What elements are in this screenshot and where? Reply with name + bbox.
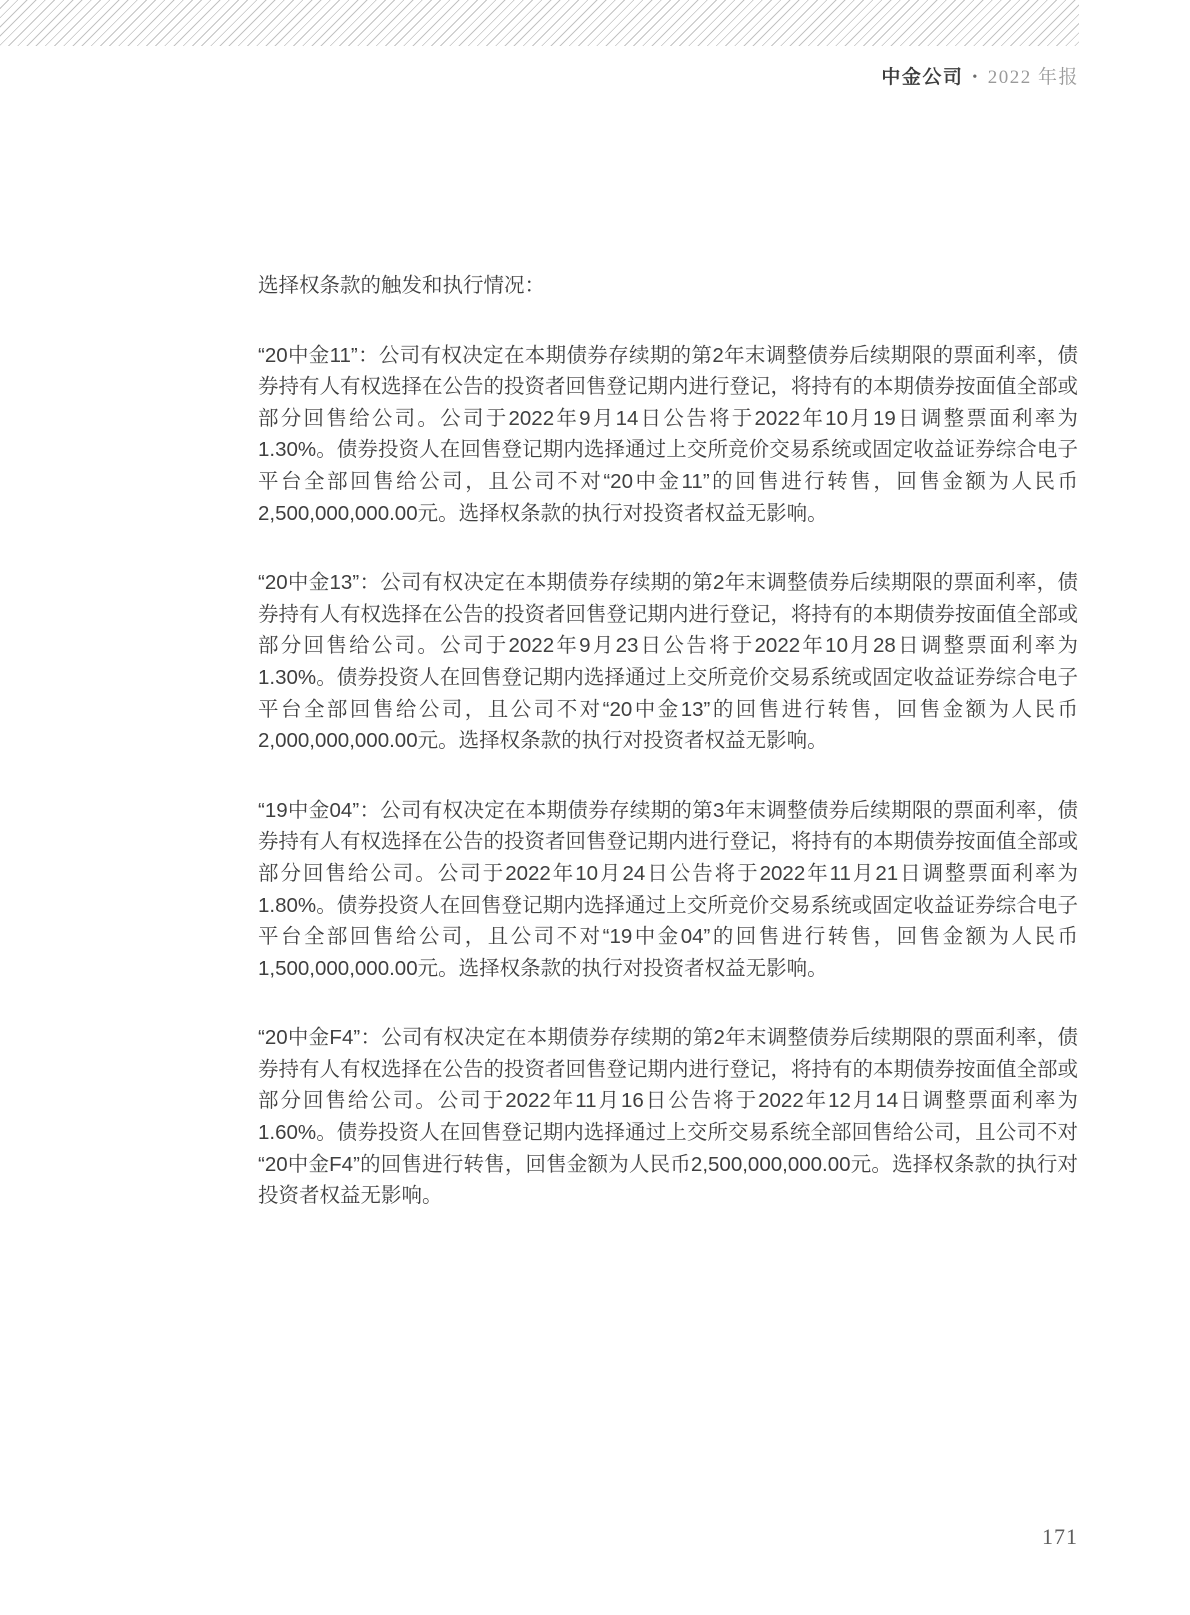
page-header: 中金公司•2022 年报	[0, 62, 1079, 89]
company-name: 中金公司	[881, 67, 963, 88]
page-number: 171	[0, 1524, 1078, 1550]
bond-paragraph-20zhongjin13: “20中金13”：公司有权决定在本期债券存续期的第2年末调整债券后续期限的票面利…	[258, 567, 1078, 757]
section-intro-line: 选择权条款的触发和执行情况：	[258, 270, 1078, 302]
hatch-pattern-banner	[0, 0, 1079, 46]
document-body: 选择权条款的触发和执行情况： “20中金11”：公司有权决定在本期债券存续期的第…	[258, 270, 1078, 1250]
bond-paragraph-20zhongjin11: “20中金11”：公司有权决定在本期债券存续期的第2年末调整债券后续期限的票面利…	[258, 340, 1078, 530]
bond-paragraph-20zhongjinF4: “20中金F4”：公司有权决定在本期债券存续期的第2年末调整债券后续期限的票面利…	[258, 1022, 1078, 1212]
report-year-label: 2022 年报	[988, 67, 1079, 88]
bullet-separator-icon: •	[972, 70, 978, 85]
report-page: 中金公司•2022 年报 选择权条款的触发和执行情况： “20中金11”：公司有…	[0, 0, 1190, 1615]
bond-paragraph-19zhongjin04: “19中金04”：公司有权决定在本期债券存续期的第3年末调整债券后续期限的票面利…	[258, 795, 1078, 985]
